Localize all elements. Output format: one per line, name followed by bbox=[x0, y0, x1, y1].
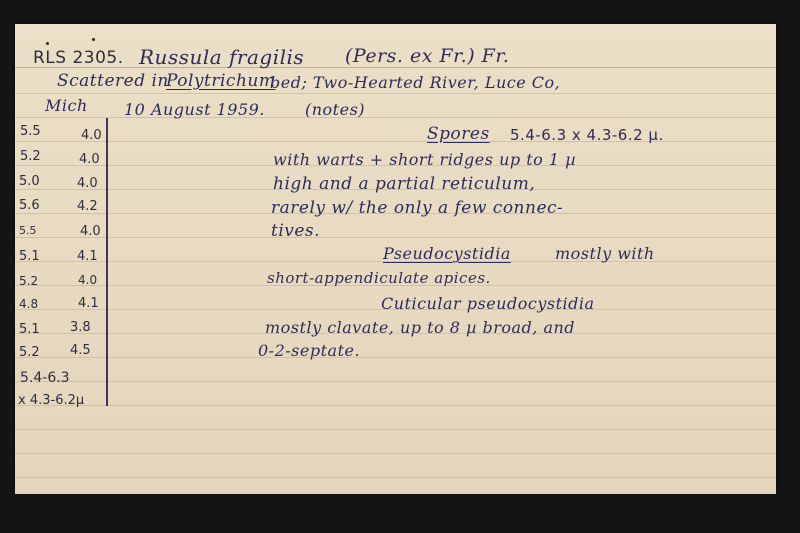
red-header-rule bbox=[15, 67, 776, 68]
blue-rule bbox=[15, 357, 776, 358]
measurement-width: 4.0 bbox=[80, 224, 101, 239]
measurement-width: 4.0 bbox=[78, 273, 97, 287]
measurement-length: 5.6 bbox=[19, 198, 40, 213]
locality-prefix: Scattered in bbox=[57, 71, 169, 91]
cuticular-note-line: mostly clavate, up to 8 µ broad, and bbox=[265, 318, 575, 337]
spores-note-line: high and a partial reticulum, bbox=[273, 174, 535, 194]
pinhole-mark bbox=[92, 38, 95, 41]
blue-rule bbox=[15, 381, 776, 382]
measurement-column-divider bbox=[106, 118, 108, 406]
measurement-width: 4.2 bbox=[77, 199, 98, 214]
measurement-length: 5.1 bbox=[19, 249, 40, 264]
measurement-length: 5.1 bbox=[19, 322, 40, 337]
taxon-name: Russula fragilis bbox=[139, 45, 304, 69]
measurement-width: 4.0 bbox=[81, 128, 102, 143]
measurement-length: 5.5 bbox=[20, 124, 41, 139]
blue-rule bbox=[15, 237, 776, 238]
measurement-width: 4.5 bbox=[70, 343, 91, 358]
blue-rule bbox=[15, 405, 776, 406]
taxon-authority: (Pers. ex Fr.) Fr. bbox=[345, 45, 509, 67]
collection-number: RLS 2305. bbox=[33, 48, 124, 68]
measurement-range-width: x 4.3-6.2µ bbox=[18, 393, 84, 408]
blue-rule bbox=[15, 93, 776, 94]
measurement-width: 4.0 bbox=[79, 152, 100, 167]
measurement-length: 5.2 bbox=[19, 274, 38, 288]
spores-note-line: with warts + short ridges up to 1 µ bbox=[273, 150, 576, 169]
blue-rule bbox=[15, 453, 776, 454]
spores-note-line: rarely w/ the only a few connec- bbox=[271, 198, 563, 218]
blue-rule bbox=[15, 429, 776, 430]
spores-note-line: tives. bbox=[271, 221, 320, 241]
collection-date: 10 August 1959. bbox=[124, 100, 265, 119]
pseudocystidia-label: Pseudocystidia bbox=[383, 244, 511, 263]
measurement-length: 5.0 bbox=[19, 174, 40, 189]
measurement-length: 5.2 bbox=[19, 345, 40, 360]
measurement-width: 4.0 bbox=[77, 176, 98, 191]
measurement-length: 5.5 bbox=[19, 224, 37, 237]
locality-rest: bed; Two-Hearted River, Luce Co, bbox=[270, 73, 560, 92]
measurement-length: 5.2 bbox=[20, 149, 41, 164]
pseudocystidia-note: mostly with bbox=[555, 244, 655, 263]
locality-state: Mich bbox=[45, 96, 88, 115]
specimen-card: RLS 2305. Russula fragilis (Pers. ex Fr.… bbox=[15, 24, 776, 494]
measurement-length: 4.8 bbox=[19, 297, 38, 311]
blue-rule bbox=[15, 477, 776, 478]
pseudocystidia-note-line2: short-appendiculate apices. bbox=[267, 269, 491, 287]
spores-label: Spores bbox=[427, 124, 490, 144]
pinhole-mark bbox=[46, 42, 49, 45]
locality-substrate: Polytrichum bbox=[166, 71, 275, 91]
measurement-width: 4.1 bbox=[77, 249, 98, 264]
cuticular-note-line: 0-2-septate. bbox=[258, 341, 360, 360]
measurement-range-length: 5.4-6.3 bbox=[20, 370, 70, 386]
spores-size: 5.4-6.3 x 4.3-6.2 µ. bbox=[510, 126, 664, 144]
measurement-width: 4.1 bbox=[78, 296, 99, 311]
notes-reference: (notes) bbox=[305, 100, 365, 119]
cuticular-note-line: Cuticular pseudocystidia bbox=[381, 294, 595, 313]
measurement-width: 3.8 bbox=[70, 320, 91, 335]
